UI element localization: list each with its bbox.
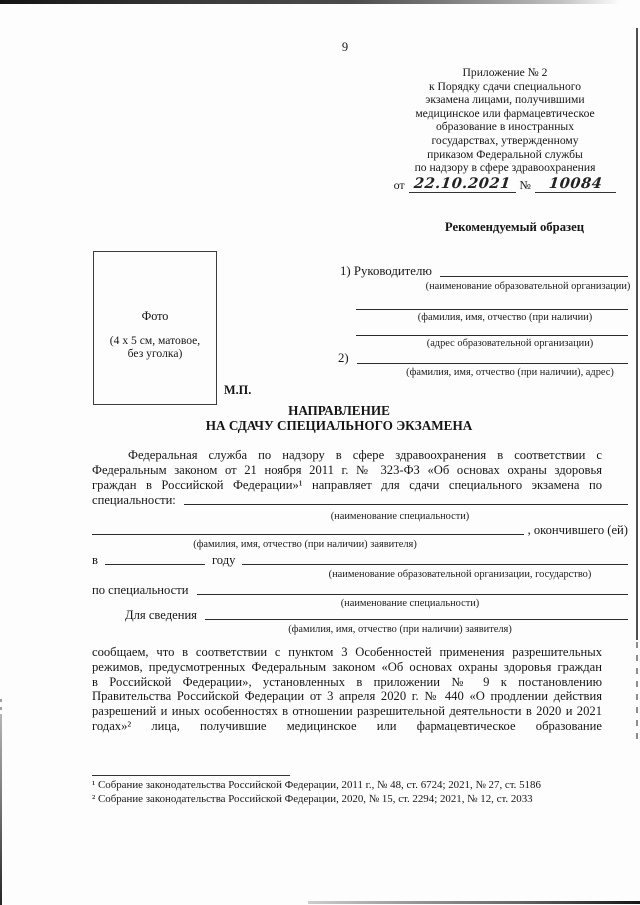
scan-edge-left [0, 714, 2, 905]
appendix-line: по надзору в сфере здравоохранения [392, 161, 618, 175]
scan-edge-bottom [308, 901, 640, 904]
caption-applicant-fio-2: (фамилия, имя, отчество (при наличии) за… [190, 624, 610, 635]
from-label: от [394, 179, 405, 193]
doc-title-line2: НА СДАЧУ СПЕЦИАЛЬНОГО ЭКЗАМЕНА [55, 418, 623, 434]
scan-edge-right-dashes [636, 642, 638, 742]
paragraph-line: Правительства Российской Федерации от 3 … [92, 689, 602, 704]
recommended-sample-label: Рекомендуемый образец [402, 220, 627, 235]
photo-spec-line2: без уголка) [128, 347, 183, 361]
blank-field-line [184, 504, 628, 505]
year-org-field-row: в году [92, 553, 628, 568]
photo-box: Фото (4 х 5 см, матовое, без уголка) [93, 251, 217, 405]
by-specialty-field-row: по специальности [92, 583, 628, 598]
paragraph-line: режимов, предусмотренных Федеральным зак… [92, 660, 602, 675]
scan-edge-left-dots [0, 699, 2, 715]
page-number: 9 [330, 40, 360, 55]
paragraph-line: Федеральная служба по надзору в сфере зд… [92, 448, 602, 463]
by-specialty-label: по специальности [92, 583, 189, 598]
specialty-lead: специальности: [92, 493, 176, 508]
caption-fio-address: (фамилия, имя, отчество (при наличии), а… [395, 367, 625, 378]
blank-field-line [356, 296, 628, 310]
blank-field-line [105, 564, 205, 565]
paragraph-line: Федеральным законом от 21 ноября 2011 г.… [92, 463, 602, 478]
caption-org-name: (наименование образовательной организаци… [418, 281, 638, 292]
scan-edge-right [636, 28, 638, 640]
photo-spec-line1: (4 х 5 см, матовое, [110, 334, 200, 348]
number-sign: № [520, 179, 531, 193]
caption-specialty: (наименование специальности) [190, 511, 610, 522]
fyi-field-row: Для сведения [92, 608, 628, 623]
appendix-line: экзамена лицами, получившими [392, 93, 618, 107]
specialty-field-row: специальности: [92, 493, 628, 508]
footnote-separator [92, 775, 290, 776]
in-label: в [92, 553, 98, 568]
fyi-label: Для сведения [125, 608, 197, 623]
stamp-mark: М.П. [224, 383, 251, 398]
paragraph-line: годах»² лица, получившие медицинское или… [92, 719, 602, 734]
appendix-line: к Порядку сдачи специального [392, 80, 618, 94]
appendix-header: Приложение № 2 к Порядку сдачи специальн… [392, 66, 618, 193]
appendix-line: приказом Федеральной службы [392, 148, 618, 162]
addressee-row-1: 1) Руководителю [340, 264, 628, 279]
graduated-suffix: , окончившего (ей) [528, 523, 628, 538]
appendix-line: образование в иностранных [392, 120, 618, 134]
paragraph-line: граждан в Российской Федерации»¹ направл… [92, 478, 602, 493]
caption-org-address: (адрес образовательной организации) [420, 338, 600, 349]
footnote-1: ¹ Собрание законодательства Российской Ф… [92, 779, 612, 793]
addressee-item2-label: 2) [338, 351, 349, 366]
handwritten-order-number: 10084 [535, 176, 616, 193]
appendix-line: медицинское или фармацевтическое [392, 107, 618, 121]
blank-field-line [205, 619, 628, 620]
addressee-item1-label: 1) Руководителю [340, 264, 432, 279]
blank-field-line [440, 276, 628, 277]
paragraph-line: разрешений и иных особенностях в отношен… [92, 704, 602, 719]
blank-field-line [356, 322, 628, 336]
order-date-row: от 22.10.2021 № 10084 [392, 176, 618, 193]
handwritten-date: 22.10.2021 [409, 176, 516, 193]
caption-org-state: (наименование образовательной организаци… [250, 569, 640, 580]
paragraph-1: Федеральная служба по надзору в сфере зд… [92, 448, 602, 492]
blank-field-line [357, 363, 628, 364]
blank-field-line [197, 594, 629, 595]
paragraph-line: сообщаем, что в соответствии с пунктом 3… [92, 645, 602, 660]
caption-applicant-fio: (фамилия, имя, отчество (при наличии) за… [95, 539, 515, 550]
scanned-document-page: 9 Приложение № 2 к Порядку сдачи специал… [0, 0, 640, 905]
scan-edge-top [0, 0, 640, 4]
year-label: году [212, 553, 236, 568]
photo-label: Фото [142, 310, 169, 324]
addressee-row-2: 2) [338, 351, 628, 366]
appendix-line: государствах, утвержденному [392, 134, 618, 148]
blank-field-line [242, 564, 628, 565]
applicant-field-row: , окончившего (ей) [92, 523, 628, 538]
paragraph-2: сообщаем, что в соответствии с пунктом 3… [92, 645, 602, 734]
blank-field-line [92, 534, 524, 535]
appendix-line: Приложение № 2 [392, 66, 618, 80]
footnote-2: ² Собрание законодательства Российской Ф… [92, 793, 612, 807]
paragraph-line: в Российской Федерации», установленных в… [92, 675, 602, 690]
